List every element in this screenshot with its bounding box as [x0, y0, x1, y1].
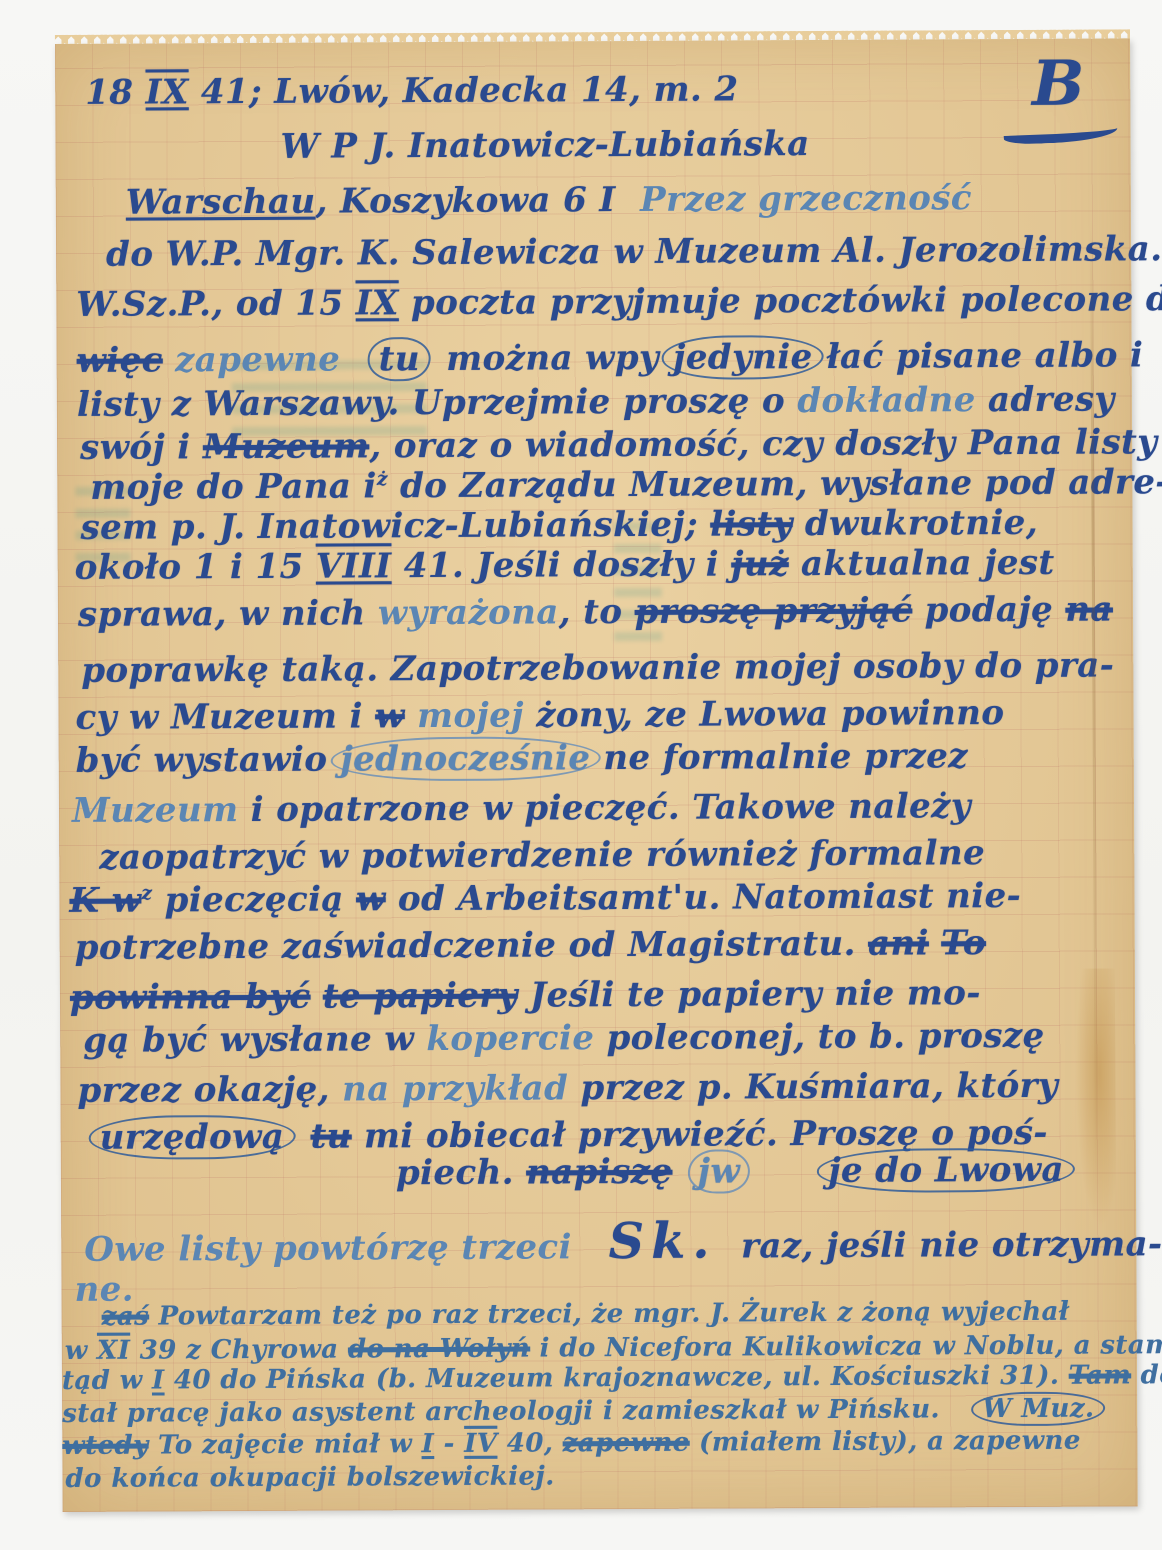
light-ink-text: Przez grzeczność	[628, 178, 972, 220]
handwritten-line: moje do Pana iż do Zarządu Muzeum, wysła…	[90, 464, 1162, 507]
text-segment: raz, jeśli nie otrzyma-	[716, 1224, 1162, 1266]
handwritten-line: stał pracę jako asystent archeologji i z…	[62, 1395, 1108, 1429]
struck-out-text: więc	[77, 340, 163, 380]
text-segment: stał pracę jako asystent archeologji i z…	[62, 1394, 968, 1429]
text-segment: zaopatrzyć w potwierdzenie również forma…	[99, 833, 985, 878]
text-segment	[340, 339, 365, 379]
text-segment	[753, 1151, 814, 1191]
roman-numeral: IX	[356, 283, 399, 323]
handwritten-line: wtedy To zajęcie miał w I - IV 40, zapew…	[62, 1427, 1081, 1461]
struck-out-text: napiszę	[526, 1152, 673, 1193]
handwritten-line: Warschau, Koszykowa 6 I Przez grzeczność	[126, 180, 972, 222]
text-segment: poleconej, to b. proszę	[594, 1016, 1044, 1058]
handwritten-line: cy w Muzeum i w mojej żony, ze Lwowa pow…	[75, 695, 1004, 737]
text-segment: do-	[1131, 1360, 1162, 1390]
roman-numeral: IV	[464, 1429, 497, 1459]
text-segment	[163, 340, 175, 380]
text-segment	[310, 977, 322, 1017]
text-segment: w	[65, 1336, 97, 1366]
circled-annotation: jedynie	[662, 335, 824, 380]
handwritten-line: poprawkę taką. Zapotrzebowanie mojej oso…	[81, 647, 1114, 690]
text-segment: , oraz o wiadomość, czy doszły Pana list…	[369, 422, 1157, 466]
handwritten-line: listy z Warszawy. Uprzejmie proszę o dok…	[77, 381, 1115, 424]
text-segment: i do Nicefora Kulikowicza w Noblu, a sta…	[530, 1330, 1162, 1363]
handwritten-line: do W.P. Mgr. K. Salewicza w Muzeum Al. J…	[106, 231, 1162, 274]
light-ink-text: Owe listy powtórzę trzeci	[84, 1227, 609, 1270]
light-ink-text: dokładne	[797, 380, 976, 421]
struck-out-text: zaś	[102, 1302, 150, 1332]
handwritten-line: W P J. Inatowicz-Lubiańska	[280, 126, 809, 166]
text-segment: gą być wysłane w	[83, 1019, 426, 1061]
text-segment: moje do Pana i	[90, 466, 377, 507]
handwritten-line: zaopatrzyć w potwierdzenie również forma…	[99, 835, 985, 877]
handwritten-line: potrzebne zaświadczenie od Magistratu. a…	[75, 925, 987, 967]
text-segment: łać pisane albo i	[827, 335, 1144, 377]
circled-annotation: je do Lwowa	[817, 1148, 1075, 1193]
text-segment	[672, 1152, 684, 1192]
text-segment: ne formalnie przez	[603, 736, 968, 778]
text-segment: 40 do Pińska (b. Muzeum krajoznawcze, ul…	[164, 1361, 1068, 1396]
text-segment: do W.P. Mgr. K. Salewicza w Muzeum Al. J…	[106, 229, 1162, 275]
light-ink-text: kopercie	[426, 1018, 594, 1059]
handwritten-line: do końca okupacji bolszewickiej.	[65, 1462, 554, 1493]
text-segment: W.Sz.P., od 15	[76, 283, 356, 324]
struck-out-text: w	[356, 879, 386, 919]
struck-out-text: już	[731, 544, 789, 584]
text-segment: aktualna jest	[789, 543, 1055, 584]
handwritten-line: W.Sz.P., od 15 IX poczta przyjmuje poczt…	[76, 281, 1162, 325]
struck-out-text: Muzeum	[203, 426, 370, 467]
text-segment: -	[434, 1429, 464, 1459]
text-segment: dwukrotnie,	[793, 503, 1039, 544]
struck-out-text: na	[1065, 589, 1113, 629]
text-segment: i opatrzone w pieczęć. Takowe należy	[238, 786, 971, 830]
light-ink-text: zapewne	[175, 340, 340, 381]
light-ink-text: wyrażona	[378, 592, 559, 633]
text-segment: swój i	[80, 427, 203, 468]
struck-out-text: proszę przyjąć	[635, 591, 913, 632]
text-segment: , to	[559, 592, 635, 632]
text-segment: 18	[85, 73, 146, 113]
text-segment: do Zarządu Muzeum, wysłane pod adre-	[388, 462, 1162, 506]
text-segment: W P J. Inatowicz-Lubiańska	[280, 124, 809, 167]
text-segment: Jeśli te papiery nie mo-	[518, 973, 981, 1015]
struck-out-text: Tam	[1069, 1360, 1132, 1390]
roman-numeral: VIII	[316, 546, 392, 586]
text-segment: 40,	[497, 1428, 562, 1458]
text-segment: listy z Warszawy. Uprzejmie proszę o	[77, 381, 798, 425]
light-ink-text: mojej	[417, 696, 524, 737]
text-segment	[929, 923, 941, 963]
text-segment: 41. Jeśli doszły i	[391, 544, 731, 586]
text-segment: żony, ze Lwowa powinno	[524, 693, 1005, 736]
struck-out-text: wtedy	[62, 1431, 148, 1461]
text-segment: 39 z Chyrowa	[130, 1334, 348, 1365]
struck-out-text: do na Wołyń	[348, 1334, 530, 1365]
text-segment: można wpy	[434, 338, 659, 379]
handwritten-line: przez okazję, na przykład przez p. Kuśmi…	[77, 1068, 1058, 1111]
text-segment: przez okazję,	[77, 1070, 342, 1111]
text-segment	[405, 696, 417, 736]
handwritten-line: powinna być te papiery Jeśli te papiery …	[70, 975, 981, 1017]
text-segment: , Koszykowa 6 I	[315, 180, 628, 222]
text-segment: przez p. Kuśmiara, który	[568, 1066, 1058, 1109]
underlined-text: I	[421, 1429, 434, 1459]
handwritten-line: tąd w I 40 do Pińska (b. Muzeum krajozna…	[62, 1361, 1162, 1395]
text-segment: pieczęcią	[152, 879, 356, 920]
struck-out-text: te papiery	[323, 976, 518, 1017]
text-segment: około 1 i 15	[75, 547, 316, 588]
struck-out-text: listy	[710, 504, 793, 544]
struck-out-text: tu	[310, 1116, 351, 1156]
letter-page: B 18 IX 41; Lwów, Kadecka 14, m. 2W P J.…	[55, 38, 1138, 1512]
text-segment: poprawkę taką. Zapotrzebowanie mojej oso…	[81, 645, 1114, 690]
circled-annotation: jw	[688, 1149, 751, 1193]
text-segment: Powtarzam też po raz trzeci, że mgr. J. …	[149, 1297, 1069, 1332]
circled-annotation: tu	[368, 337, 431, 381]
light-ink-text: Muzeum	[72, 790, 239, 831]
text-segment: do końca okupacji bolszewickiej.	[65, 1461, 554, 1494]
overlined-text: XI	[97, 1336, 130, 1366]
handwritten-line: swój i Muzeum, oraz o wiadomość, czy dos…	[80, 424, 1157, 467]
struck-out-text: powinna być	[70, 977, 311, 1018]
struck-out-text: w	[375, 696, 405, 736]
handwritten-line: sprawa, w nich wyrażona, to proszę przyj…	[78, 591, 1113, 634]
text-segment: tąd w	[62, 1366, 152, 1396]
text-segment: cy w Muzeum i	[75, 696, 375, 738]
roman-numeral: IX	[146, 72, 189, 112]
struck-out-text: K w	[69, 881, 141, 921]
handwritten-line: sem p. J. Inatowicz-Lubiańskiej; listy d…	[80, 505, 1038, 547]
circled-annotation: urzędową	[89, 1115, 296, 1160]
handwritten-line: Muzeum i opatrzone w pieczęć. Takowe nal…	[72, 788, 971, 830]
text-segment: adresy	[976, 379, 1115, 420]
inserted-superscript: z	[141, 882, 152, 904]
handwritten-line: K wz pieczęcią w od Arbeitsamt'u. Natomi…	[69, 878, 1021, 920]
handwritten-line: zaś Powtarzam też po raz trzeci, że mgr.…	[102, 1298, 1070, 1332]
handwritten-line: Owe listy powtórzę trzeci Sk. raz, jeśli…	[84, 1211, 1162, 1271]
text-segment: być wystawio	[76, 740, 328, 781]
handwritten-line: 18 IX 41; Lwów, Kadecka 14, m. 2	[85, 71, 738, 112]
light-ink-text: na przykład	[342, 1068, 568, 1109]
handwritten-line: piech. napiszę jw je do Lwowa	[396, 1152, 1078, 1193]
handwritten-line: gą być wysłane w kopercie poleconej, to …	[83, 1018, 1045, 1060]
struck-out-text: zapewne	[563, 1428, 690, 1459]
text-segment: poczta przyjmuje pocztówki polecone do W…	[399, 279, 1162, 324]
circled-annotation: jednocześnie	[330, 736, 600, 781]
text-segment: 41; Lwów, Kadecka 14, m. 2	[189, 69, 739, 112]
underlined-text: Warschau	[126, 182, 316, 223]
text-segment: To zajęcie miał w	[148, 1429, 421, 1460]
text-segment: podaję	[912, 590, 1065, 631]
underlined-text: I	[152, 1365, 165, 1395]
inserted-superscript: ż	[377, 468, 388, 490]
text-segment: potrzebne zaświadczenie od Magistratu.	[75, 924, 869, 968]
struck-out-text: To	[941, 923, 986, 963]
emphasized-text: Sk.	[608, 1212, 716, 1271]
text-segment: sem p. J. Inatowicz-Lubiańskiej;	[80, 505, 710, 548]
text-segment: piech.	[396, 1153, 526, 1194]
letter-lines: 18 IX 41; Lwów, Kadecka 14, m. 2W P J. I…	[55, 38, 1138, 1512]
circled-annotation: W Muz.	[971, 1392, 1105, 1427]
text-segment: (miałem listy), a zapewne	[690, 1426, 1081, 1458]
text-segment	[298, 1117, 310, 1157]
text-segment: sprawa, w nich	[78, 593, 378, 635]
handwritten-line: więc zapewne tu można wpyjedyniełać pisa…	[77, 337, 1144, 380]
struck-out-text: ani	[868, 923, 929, 963]
text-segment: od Arbeitsamt'u. Natomiast nie-	[386, 876, 1022, 919]
handwritten-line: być wystawiojednocześniene formalnie prz…	[76, 738, 968, 780]
handwritten-line: około 1 i 15 VIII 41. Jeśli doszły i już…	[75, 545, 1055, 588]
